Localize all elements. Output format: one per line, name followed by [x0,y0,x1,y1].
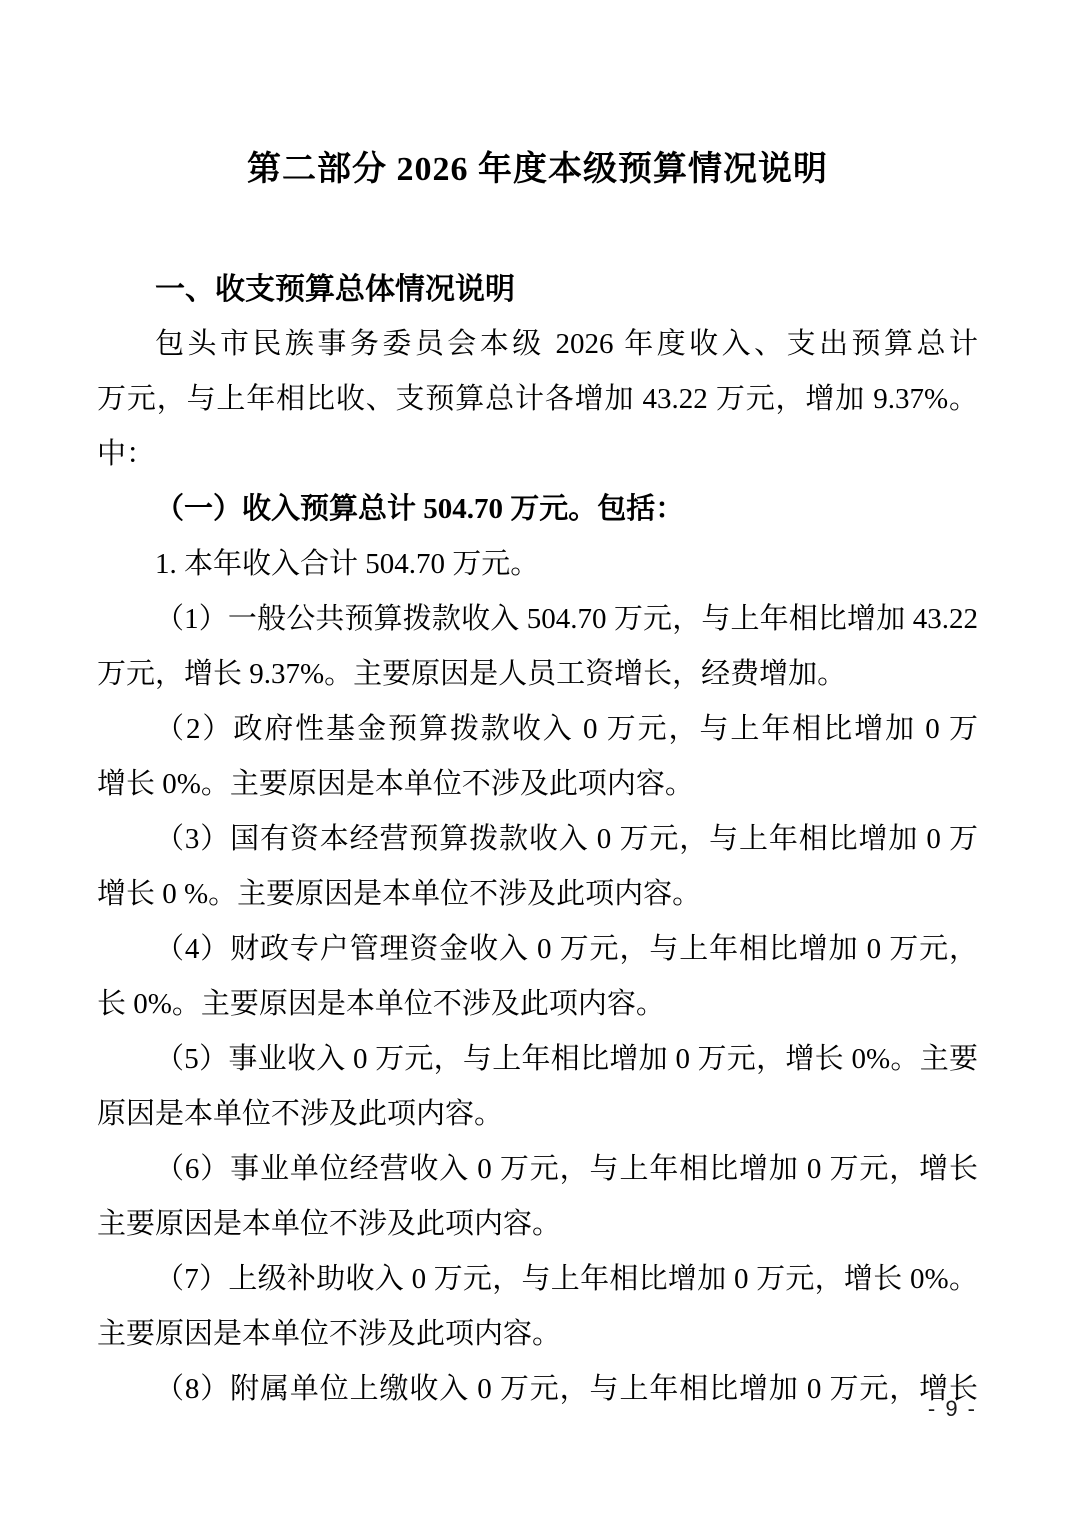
paragraph-line: 主要原因是本单位不涉及此项内容。 [97,1197,978,1252]
paragraph-line: 1. 本年收入合计 504.70 万元。 [97,537,978,592]
paragraph-line: （7）上级补助收入 0 万元，与上年相比增加 0 万元，增长 0%。 [97,1252,978,1307]
paragraph-line: 万元，与上年相比收、支预算总计各增加 43.22 万元，增加 9.37%。其 [97,372,978,427]
paragraph-line: 包头市民族事务委员会本级 2026 年度收入、支出预算总计 504.70 [97,317,978,372]
paragraph-line: （2）政府性基金预算拨款收入 0 万元，与上年相比增加 0 万元， [97,702,978,757]
section-heading: 一、收支预算总体情况说明 [97,262,978,317]
page-number: - 9 - [928,1396,977,1422]
paragraph-line: 增长 0 %。主要原因是本单位不涉及此项内容。 [97,867,978,922]
document-page: 第二部分 2026 年度本级预算情况说明 一、收支预算总体情况说明包头市民族事务… [0,0,1075,1520]
paragraph-line: （5）事业收入 0 万元，与上年相比增加 0 万元，增长 0%。主要 [97,1032,978,1087]
document-body: 一、收支预算总体情况说明包头市民族事务委员会本级 2026 年度收入、支出预算总… [97,262,978,1417]
page-title: 第二部分 2026 年度本级预算情况说明 [97,148,978,192]
paragraph-line: 长 0%。主要原因是本单位不涉及此项内容。 [97,977,978,1032]
paragraph-line: 原因是本单位不涉及此项内容。 [97,1087,978,1142]
paragraph-line: 万元，增长 9.37%。主要原因是人员工资增长，经费增加。 [97,647,978,702]
subsection-heading: （一）收入预算总计 504.70 万元。包括： [97,482,978,537]
paragraph-line: （4）财政专户管理资金收入 0 万元，与上年相比增加 0 万元，增 [97,922,978,977]
paragraph-line: 增长 0%。主要原因是本单位不涉及此项内容。 [97,757,978,812]
paragraph-line: 中： [97,427,978,482]
paragraph-line: （6）事业单位经营收入 0 万元，与上年相比增加 0 万元，增长 0%。 [97,1142,978,1197]
paragraph-line: （3）国有资本经营预算拨款收入 0 万元，与上年相比增加 0 万元， [97,812,978,867]
paragraph-line: （1）一般公共预算拨款收入 504.70 万元，与上年相比增加 43.22 [97,592,978,647]
paragraph-line: （8）附属单位上缴收入 0 万元，与上年相比增加 0 万元，增长 0%。 [97,1362,978,1417]
paragraph-line: 主要原因是本单位不涉及此项内容。 [97,1307,978,1362]
